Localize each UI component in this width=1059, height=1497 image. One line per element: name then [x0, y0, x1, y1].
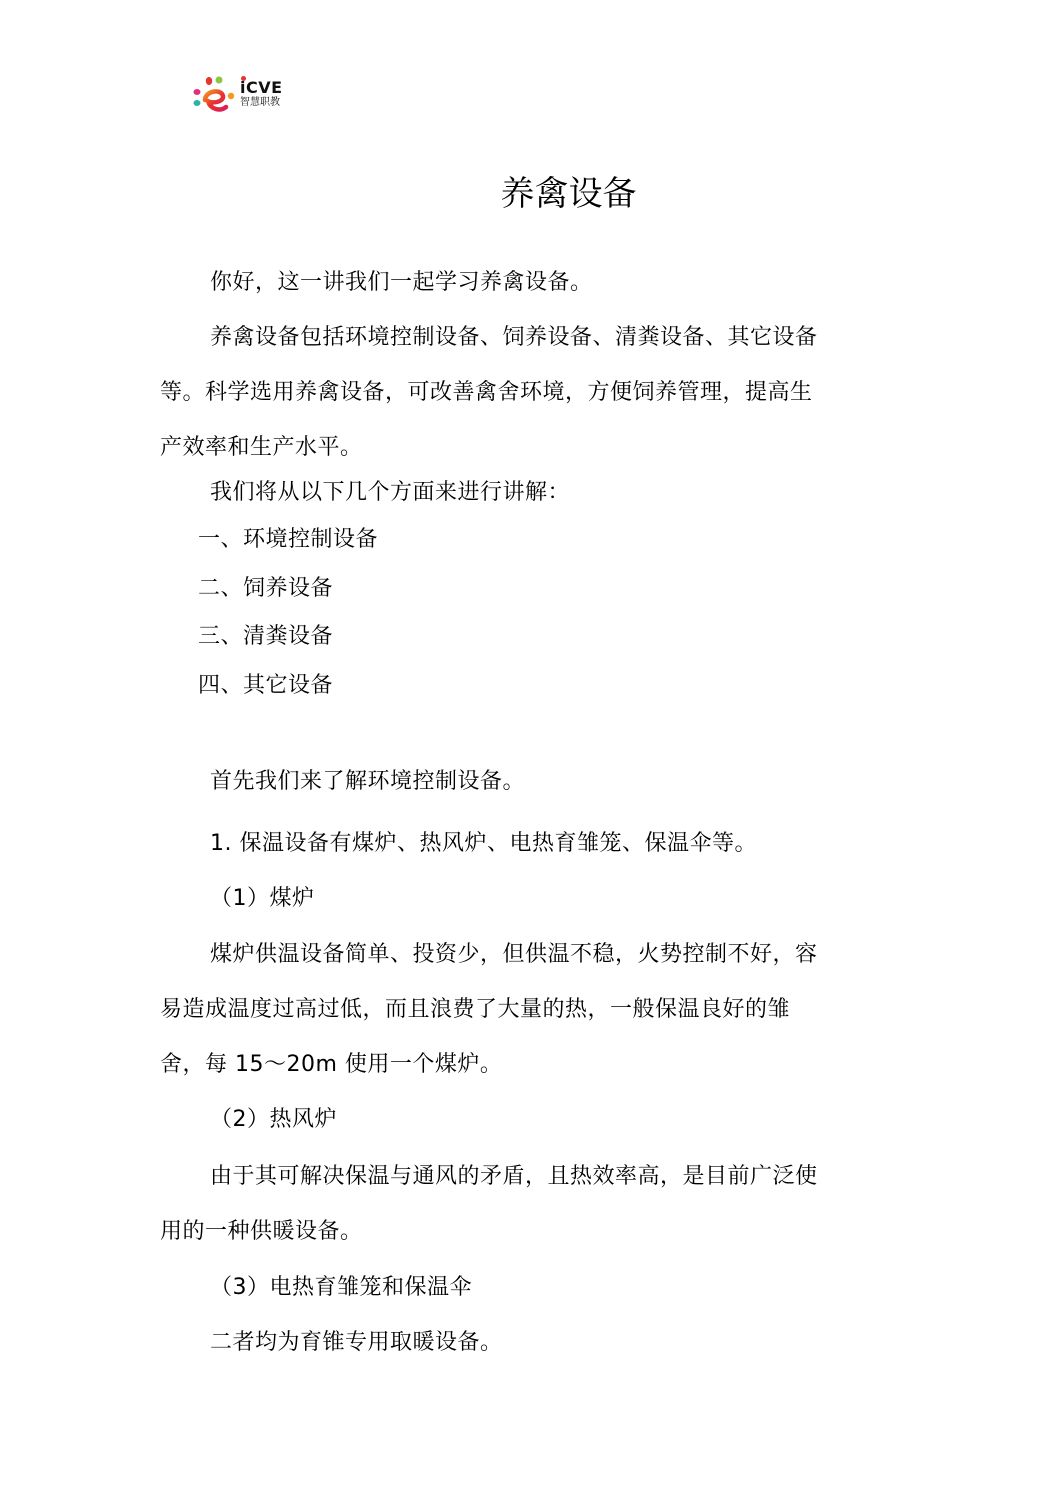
- paragraph-outline-lead: 我们将从以下几个方面来进行讲解：: [210, 478, 570, 508]
- paragraph-hot-air-line-2: 用的一种供暖设备。: [160, 1217, 363, 1247]
- subheading-coal-stove: （1）煤炉: [210, 884, 315, 914]
- logo-text: iCVE 智慧职教: [240, 80, 283, 109]
- heading-heating-equipment: 1. 保温设备有煤炉、热风炉、电热育雏笼、保温伞等。: [210, 829, 757, 859]
- subheading-brooding-cage-umbrella: （3）电热育雏笼和保温伞: [210, 1273, 472, 1303]
- logo-dot: [241, 76, 246, 81]
- paragraph-hot-air-line-1: 由于其可解决保温与通风的矛盾，且热效率高，是目前广泛使: [210, 1162, 818, 1192]
- outline-item-3: 三、清粪设备: [198, 622, 333, 652]
- paragraph-section-intro: 首先我们来了解环境控制设备。: [210, 767, 525, 797]
- paragraph-brooding-cage-umbrella: 二者均为育锥专用取暖设备。: [210, 1328, 503, 1358]
- logo-brand-cn: 智慧职教: [240, 97, 283, 109]
- document-title: 养禽设备: [0, 168, 1059, 220]
- paragraph-coal-stove-line-1: 煤炉供温设备简单、投资少，但供温不稳，火势控制不好，容: [210, 940, 818, 970]
- outline-item-1: 一、环境控制设备: [198, 525, 378, 555]
- logo-brand-en-text: iCVE: [240, 78, 283, 97]
- paragraph-coal-stove-line-3: 舍，每 15～20m 使用一个煤炉。: [160, 1050, 502, 1080]
- paragraph-intro-line-3: 产效率和生产水平。: [160, 433, 363, 463]
- icve-logo: iCVE 智慧职教: [190, 74, 300, 118]
- logo-brand-en: iCVE: [240, 80, 283, 96]
- paragraph-coal-stove-line-2: 易造成温度过高过低，而且浪费了大量的热，一般保温良好的雏: [160, 995, 790, 1025]
- icve-logo-mark-icon: [190, 74, 236, 118]
- outline-item-2: 二、饲养设备: [198, 574, 333, 604]
- paragraph-greeting: 你好，这一讲我们一起学习养禽设备。: [210, 268, 593, 298]
- outline-item-4: 四、其它设备: [198, 671, 333, 701]
- subheading-hot-air-furnace: （2）热风炉: [210, 1105, 337, 1135]
- paragraph-intro-line-1: 养禽设备包括环境控制设备、饲养设备、清粪设备、其它设备: [210, 323, 818, 353]
- paragraph-intro-line-2: 等。科学选用养禽设备，可改善禽舍环境，方便饲养管理，提高生: [160, 378, 813, 408]
